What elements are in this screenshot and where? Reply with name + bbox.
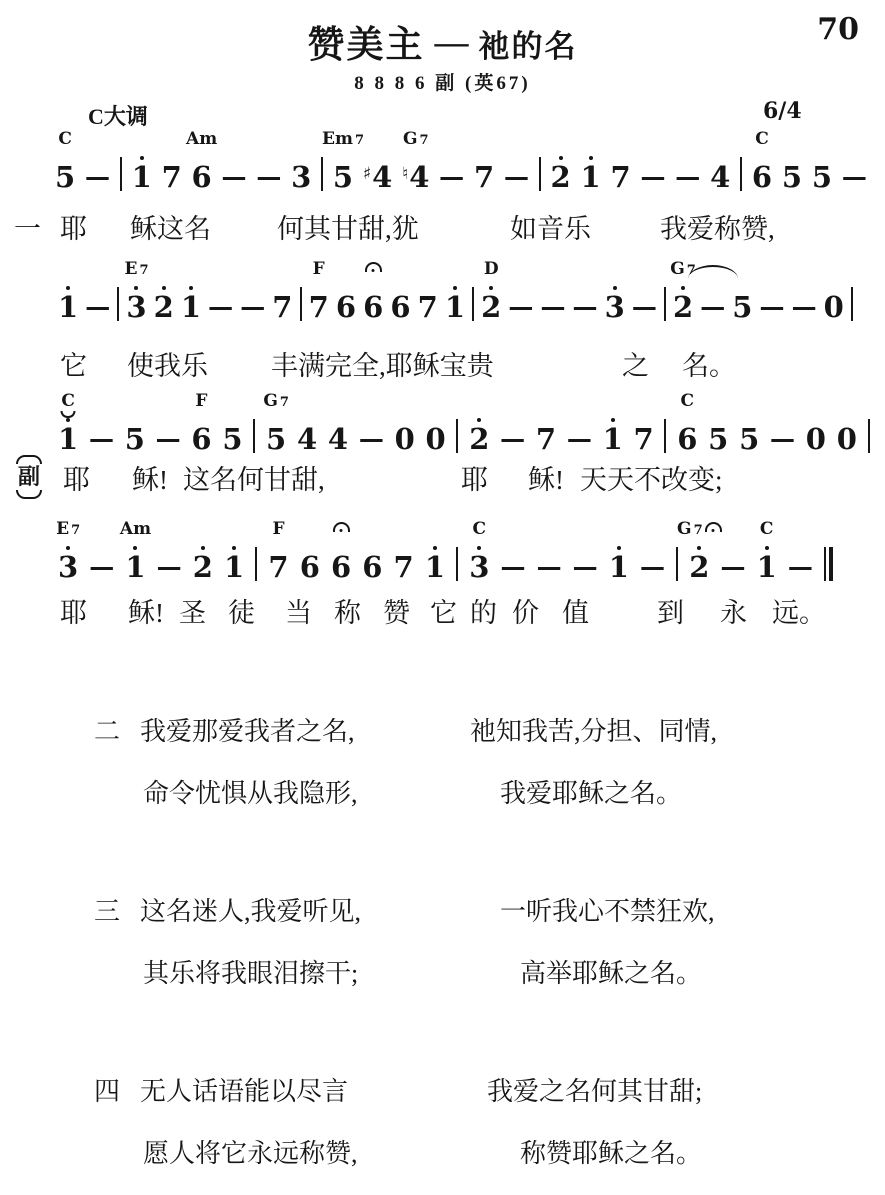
note: 7 — [394, 522, 414, 582]
barline — [664, 394, 666, 454]
verse-line: 愿人将它永远称赞,称赞耶稣之名。 — [0, 1138, 885, 1174]
verse-text: 命令忧惧从我隐形, — [143, 778, 358, 810]
lyric-line-4: 耶稣!圣徒当称赞它的价值到永远。 — [0, 597, 885, 633]
duration-dash: — — [85, 132, 110, 192]
chord-label: E7 — [124, 261, 148, 278]
chord-label: C — [755, 131, 769, 148]
lyric-segment: 耶 — [60, 213, 87, 245]
chord-label: G7 — [403, 131, 429, 148]
lyric-segment: 值 — [562, 597, 589, 629]
duration-dash: — — [89, 394, 114, 454]
note: 2 — [551, 132, 571, 192]
lyric-segment: 圣 — [179, 597, 206, 629]
note: G75 — [266, 394, 286, 454]
lyric-segment: 赞 — [383, 597, 410, 629]
refrain-marker: 副 — [16, 455, 42, 499]
note: 5 — [782, 132, 802, 192]
note: Am6 — [192, 132, 212, 192]
lyric-segment: 稣这名 — [130, 213, 211, 245]
note: C6 — [677, 394, 697, 454]
duration-dash: — — [537, 522, 562, 582]
accidental: ♮ — [402, 164, 408, 184]
verse-line: 四无人话语能以尽言我爱之名何其甘甜; — [0, 1076, 885, 1112]
note: F7 — [309, 262, 329, 322]
barline — [851, 262, 853, 322]
note: 5 — [732, 262, 752, 322]
lyric-segment: 当 — [285, 597, 312, 629]
chord-label: F — [272, 521, 284, 538]
duration-dash: — — [788, 522, 813, 582]
barline — [472, 262, 474, 322]
note: 1 — [603, 394, 623, 454]
verse-number: 四 — [94, 1076, 120, 1108]
music-line-1: C5—17Am6——3Em75♯4G7♮4—7—217——4C655— — [55, 132, 867, 192]
duration-dash: — — [240, 262, 265, 322]
note: 6 — [362, 522, 382, 582]
lyric-segment: 之 — [622, 350, 649, 382]
note: 2 — [193, 522, 213, 582]
note: 3 — [605, 262, 625, 322]
note: F7 — [268, 522, 288, 582]
duration-dash: — — [504, 132, 529, 192]
duration-dash: — — [85, 262, 110, 322]
barline — [868, 394, 870, 454]
lyric-line-3: 副耶稣!这名何甘甜,耶稣!天天不改变; — [0, 464, 885, 500]
note: C1 — [757, 522, 777, 582]
note: 6 — [336, 262, 356, 322]
note: 7 — [418, 262, 438, 322]
note: 1 — [181, 262, 201, 322]
duration-dash: — — [770, 394, 795, 454]
rest-note: 0 — [426, 394, 446, 454]
chord-label: F — [195, 393, 207, 410]
note: 1 — [224, 522, 244, 582]
verse-number: 二 — [94, 716, 120, 748]
final-barline — [824, 522, 833, 582]
note: Am1 — [125, 522, 145, 582]
hymn-title-main: 赞美主 — [308, 25, 425, 66]
verse-line: 命令忧惧从我隐形,我爱耶稣之名。 — [0, 778, 885, 814]
verse-text: 我爱那爱我者之名, — [140, 716, 355, 748]
duration-dash: — — [359, 394, 384, 454]
note: 6 — [363, 262, 383, 322]
lyric-segment: 到 — [657, 597, 684, 629]
note: G7♮4 — [402, 132, 429, 192]
lyric-segment: 我爱称赞, — [660, 213, 775, 245]
duration-dash: — — [567, 394, 592, 454]
rest-note: 0 — [837, 394, 857, 454]
key-signature: C大调 — [88, 100, 148, 131]
note: C3 — [469, 522, 489, 582]
hymn-sheet-page: 70 赞美主—祂的名 8 8 8 6 副 (英67) C大调 6/4 C5—17… — [0, 0, 885, 1195]
duration-dash: — — [256, 132, 281, 192]
lyric-segment: 的 — [470, 597, 497, 629]
music-line-2: 1—E7321——7F766671D2———3—G72—5——0 — [58, 262, 853, 322]
lyric-segment: 耶 — [63, 464, 90, 496]
fermata-icon — [333, 522, 350, 532]
chord-label: C — [473, 521, 487, 538]
fermata-icon — [333, 521, 350, 532]
duration-dash: — — [700, 262, 725, 322]
note: ♯4 — [363, 132, 392, 192]
duration-dash: — — [500, 522, 525, 582]
note: 5 — [739, 394, 759, 454]
verse-text: 无人话语能以尽言 — [140, 1076, 348, 1108]
lyric-segment: 天天不改变; — [580, 464, 723, 496]
accidental: ♯ — [363, 164, 371, 184]
music-line-3: C1—5—F65G7544—002—7—17C655—00 — [58, 394, 870, 454]
note: G72 — [689, 522, 709, 582]
duration-dash: — — [89, 522, 114, 582]
lyric-segment: 这名何甘甜, — [183, 464, 325, 496]
lyric-segment: 它 — [430, 597, 457, 629]
lyric-segment: 永 — [720, 597, 747, 629]
lyric-segment: 何其甘甜,犹 — [277, 213, 419, 245]
hymn-title: 赞美主—祂的名 — [0, 14, 885, 68]
lyric-line-2: 它使我乐丰满完全,耶稣宝贵之名。 — [0, 350, 885, 386]
note: 7 — [611, 132, 631, 192]
barline — [664, 262, 666, 322]
note: F6 — [191, 394, 211, 454]
chord-label: Am — [120, 521, 151, 538]
verse-text: 祂知我苦,分担、同情, — [470, 716, 717, 748]
lyric-segment: 它 — [60, 350, 87, 382]
rest-note: 0 — [395, 394, 415, 454]
duration-dash: — — [157, 522, 182, 582]
lyric-segment: 一 — [14, 213, 41, 245]
fermata-icon — [705, 522, 722, 532]
chord-label: C — [61, 393, 75, 410]
duration-dash: — — [508, 262, 533, 322]
duration-dash: — — [573, 262, 598, 322]
verse-line: 其乐将我眼泪擦干;高举耶稣之名。 — [0, 958, 885, 994]
tie-arc-icon — [61, 411, 76, 418]
hymn-title-dash: — — [435, 24, 469, 61]
barline — [253, 394, 255, 454]
duration-dash: — — [792, 262, 817, 322]
duration-dash: — — [675, 132, 700, 192]
lyric-segment: 称 — [334, 597, 361, 629]
verse-text: 这名迷人,我爱听见, — [140, 896, 361, 928]
time-signature: 6/4 — [763, 98, 802, 124]
note: 7 — [474, 132, 494, 192]
note: 5 — [125, 394, 145, 454]
verse-text: 愿人将它永远称赞, — [143, 1138, 358, 1170]
fermata-icon — [365, 262, 382, 272]
note: 1 — [58, 262, 78, 322]
lyric-segment: 耶 — [60, 597, 87, 629]
note: E73 — [58, 522, 78, 582]
note: 1 — [581, 132, 601, 192]
verse-line: 二我爱那爱我者之名,祂知我苦,分担、同情, — [0, 716, 885, 752]
lyric-segment: 远。 — [772, 597, 826, 629]
duration-dash: — — [208, 262, 233, 322]
barline — [456, 394, 458, 454]
verse-text: 我爱之名何其甘甜; — [487, 1076, 702, 1108]
duration-dash: — — [500, 394, 525, 454]
chord-label: E7 — [56, 521, 80, 538]
rest-note: 0 — [806, 394, 826, 454]
verse-text: 高举耶稣之名。 — [520, 958, 702, 990]
note: 6 — [390, 262, 410, 322]
chord-label: D — [484, 261, 499, 278]
note: C6 — [752, 132, 772, 192]
note: C5 — [55, 132, 75, 192]
duration-dash: — — [641, 132, 666, 192]
verse-number: 三 — [94, 896, 120, 928]
lyric-line-1: 一耶稣这名何其甘甜,犹如音乐我爱称赞, — [0, 213, 885, 249]
duration-dash: — — [721, 522, 746, 582]
chord-label: F — [313, 261, 325, 278]
lyric-segment: 稣! — [128, 597, 164, 629]
note: 7 — [162, 132, 182, 192]
hymn-title-subname: 祂的名 — [479, 29, 578, 64]
duration-dash: — — [632, 262, 657, 322]
verse-text: 我爱耶稣之名。 — [500, 778, 682, 810]
rest-note: 0 — [824, 262, 844, 322]
chord-label: Am — [186, 131, 217, 148]
note: G72 — [673, 262, 693, 322]
barline — [456, 522, 458, 582]
verse-text: 一听我心不禁狂欢, — [500, 896, 715, 928]
chord-label: G7 — [677, 521, 722, 538]
barline — [117, 262, 119, 322]
note: Em75 — [333, 132, 353, 192]
lyric-segment: 名。 — [682, 350, 736, 382]
note: 5 — [812, 132, 832, 192]
note: 7 — [272, 262, 292, 322]
note: 5 — [708, 394, 728, 454]
duration-dash: — — [640, 522, 665, 582]
duration-dash: — — [842, 132, 867, 192]
music-line-4: E73—Am1—21F766671C3———1—G72—C1— — [58, 522, 833, 582]
barline — [300, 262, 302, 322]
lyric-segment: 丰满完全,耶稣宝贵 — [271, 350, 494, 382]
note: 1 — [445, 262, 465, 322]
note: 7 — [634, 394, 654, 454]
note: E73 — [126, 262, 146, 322]
verse-text: 其乐将我眼泪擦干; — [143, 958, 358, 990]
note: C1 — [58, 394, 78, 454]
note: 4 — [328, 394, 348, 454]
barline — [539, 132, 541, 192]
lyric-segment: 稣! — [132, 464, 168, 496]
chord-label: C — [58, 131, 72, 148]
chord-label: G7 — [263, 393, 289, 410]
note: 4 — [710, 132, 730, 192]
verse-line: 三这名迷人,我爱听见,一听我心不禁狂欢, — [0, 896, 885, 932]
verse-text: 称赞耶稣之名。 — [520, 1138, 702, 1170]
chord-label: Em7 — [322, 131, 364, 148]
barline — [120, 132, 122, 192]
barline — [255, 522, 257, 582]
note: 1 — [132, 132, 152, 192]
note: 6 — [331, 522, 351, 582]
duration-dash: — — [222, 132, 247, 192]
lyric-segment: 稣! — [528, 464, 564, 496]
note: 2 — [469, 394, 489, 454]
note: 1 — [425, 522, 445, 582]
note: 7 — [536, 394, 556, 454]
chord-label: C — [681, 393, 695, 410]
note: 2 — [154, 262, 174, 322]
hymn-meter-line: 8 8 8 6 副 (英67) — [0, 68, 885, 95]
lyric-segment: 耶 — [461, 464, 488, 496]
note: 6 — [300, 522, 320, 582]
fermata-icon — [365, 261, 382, 272]
duration-dash: — — [156, 394, 181, 454]
note: D2 — [481, 262, 501, 322]
duration-dash: — — [540, 262, 565, 322]
chord-label: C — [760, 521, 774, 538]
duration-dash: — — [439, 132, 464, 192]
note: 1 — [609, 522, 629, 582]
lyric-segment: 如音乐 — [510, 213, 591, 245]
duration-dash: — — [573, 522, 598, 582]
note: 3 — [291, 132, 311, 192]
barline — [740, 132, 742, 192]
note: 4 — [297, 394, 317, 454]
duration-dash: — — [760, 262, 785, 322]
lyric-segment: 使我乐 — [127, 350, 208, 382]
lyric-segment: 价 — [512, 597, 539, 629]
note: 5 — [222, 394, 242, 454]
lyric-segment: 徒 — [228, 597, 255, 629]
